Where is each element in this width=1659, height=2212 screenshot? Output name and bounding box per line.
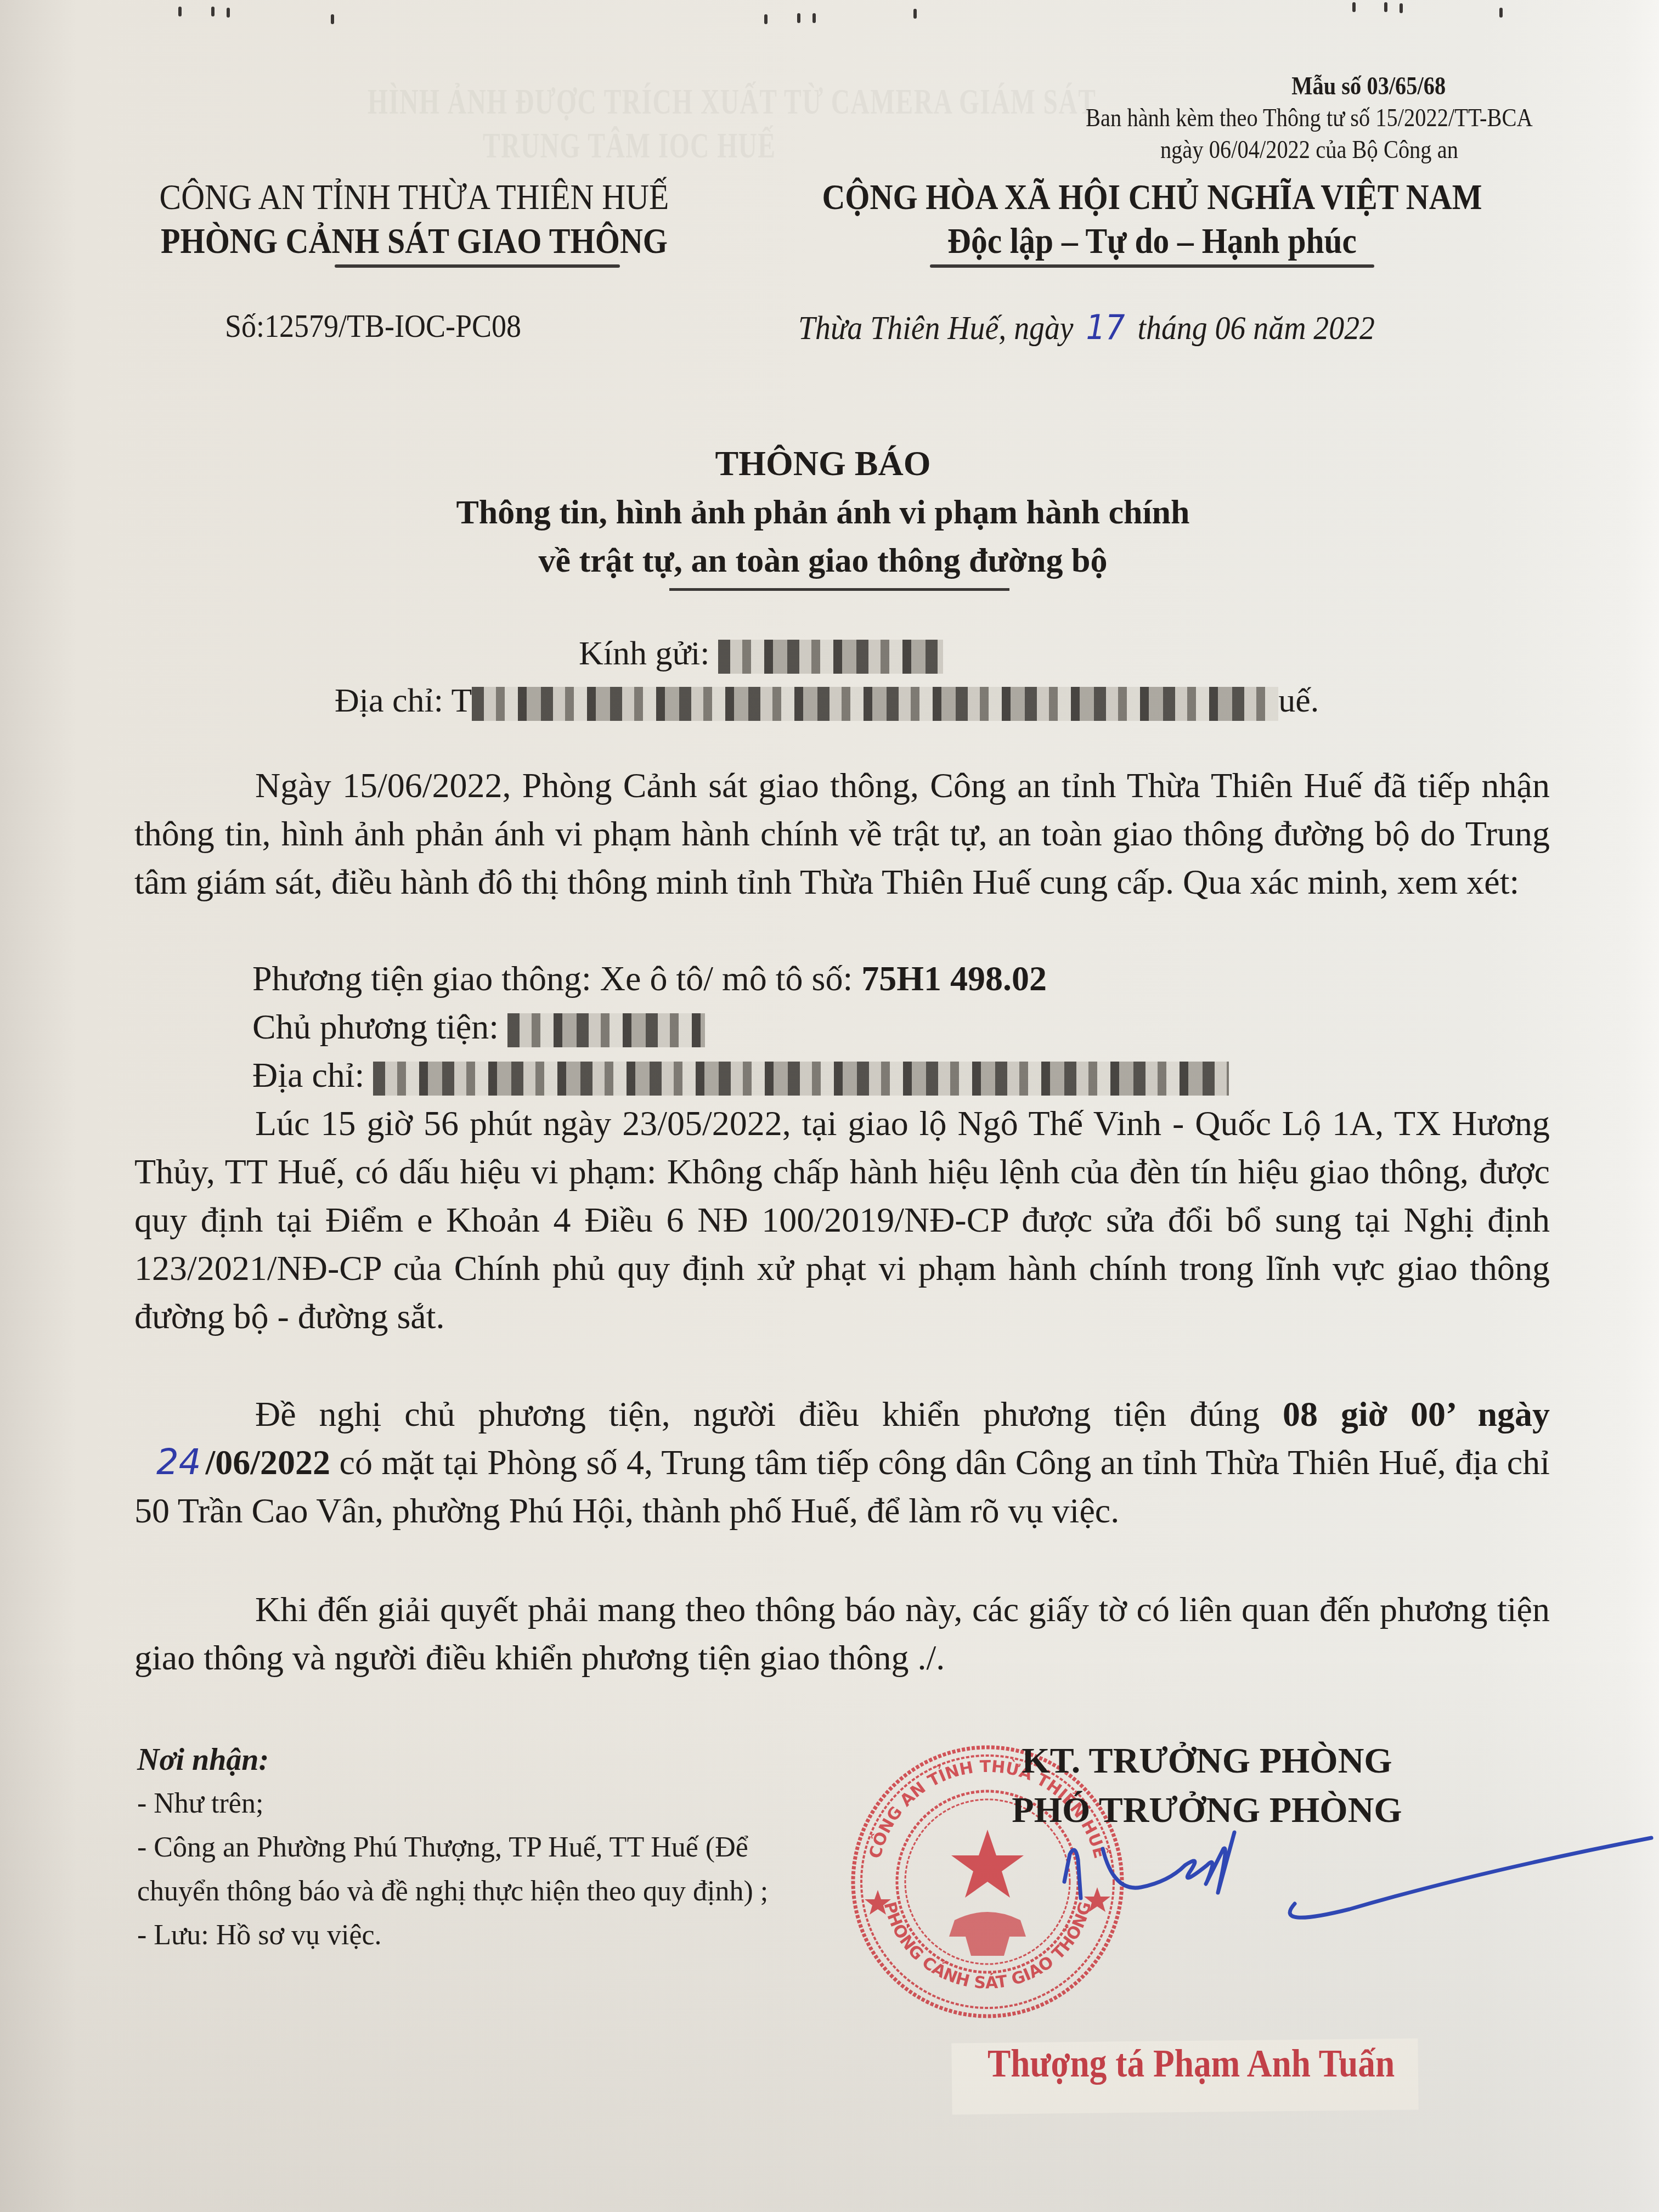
form-issued-date: ngày 06/04/2022 của Bộ Công an xyxy=(1086,134,1533,166)
print-mark xyxy=(331,14,334,24)
address-prefix: T xyxy=(451,682,472,719)
notice-title: THÔNG BÁO Thông tin, hình ảnh phản ánh v… xyxy=(219,439,1426,591)
summons-location: có mặt tại Phòng số 4, Trung tâm tiếp cô… xyxy=(134,1443,1550,1530)
title-underline xyxy=(669,588,1009,591)
to-label: Kính gửi: xyxy=(579,635,710,672)
print-mark xyxy=(227,8,230,18)
issuing-agency: CÔNG AN TỈNH THỪA THIÊN HUẾ PHÒNG CẢNH S… xyxy=(110,176,719,268)
handwritten-signature-icon xyxy=(1042,1810,1657,1975)
print-mark xyxy=(1352,2,1356,12)
vehicle-plate: 75H1 498.02 xyxy=(861,959,1047,998)
print-mark xyxy=(211,7,215,16)
paragraph-violation: Lúc 15 giờ 56 phút ngày 23/05/2022, tại … xyxy=(134,1099,1550,1341)
form-issued-line: Ban hành kèm theo Thông tư số 15/2022/TT… xyxy=(1086,102,1533,134)
vehicle-row: Phương tiện giao thông: Xe ô tô/ mô tô s… xyxy=(134,955,1550,1003)
country-name: CỘNG HÒA XÃ HỘI CHỦ NGHĨA VIỆT NAM xyxy=(800,176,1505,219)
document-date: Thừa Thiên Huế, ngày 17 tháng 06 năm 202… xyxy=(798,307,1375,348)
address-suffix: uế. xyxy=(1278,682,1319,719)
address-label: Địa chỉ: xyxy=(335,682,443,719)
print-mark xyxy=(812,13,816,23)
print-mark xyxy=(913,9,917,19)
document-number: Số:12579/TB-IOC-PC08 xyxy=(225,307,521,345)
recipient-line: Kính gửi: xyxy=(335,630,1319,677)
summons-date: /06/2022 xyxy=(205,1443,330,1482)
recipient-address-line: Địa chỉ: Tuế. xyxy=(335,677,1319,724)
date-prefix: Thừa Thiên Huế, ngày xyxy=(798,309,1074,347)
date-day-handwritten: 17 xyxy=(1086,307,1125,347)
national-header: CỘNG HÒA XÃ HỘI CHỦ NGHĨA VIỆT NAM Độc l… xyxy=(752,176,1553,268)
redacted-owner-name xyxy=(507,1013,705,1047)
title-sub-2: về trật tự, an toàn giao thông đường bộ xyxy=(219,537,1426,585)
paragraph-instructions: Khi đến giải quyết phải mang theo thông … xyxy=(134,1585,1550,1682)
owner-address-label: Địa chỉ: xyxy=(252,1056,364,1094)
motto-underline xyxy=(930,264,1374,268)
print-mark xyxy=(797,13,800,23)
owner-address-row: Địa chỉ: xyxy=(134,1051,1550,1099)
date-suffix: tháng 06 năm 2022 xyxy=(1138,309,1375,347)
print-mark xyxy=(1400,3,1403,13)
paragraph-received: Ngày 15/06/2022, Phòng Cảnh sát giao thô… xyxy=(134,761,1550,906)
title-sub-1: Thông tin, hình ảnh phản ánh vi phạm hàn… xyxy=(219,488,1426,537)
form-reference: Mẫu số 03/65/68 Ban hành kèm theo Thông … xyxy=(1086,70,1533,166)
signer-name: Thượng tá Phạm Anh Tuấn xyxy=(988,2041,1395,2086)
recipients-list: Nơi nhận: - Như trên; - Công an Phường P… xyxy=(137,1738,823,1957)
vehicle-label: Phương tiện giao thông: Xe ô tô/ mô tô s… xyxy=(252,959,853,998)
print-mark xyxy=(1384,2,1387,12)
recipient: Kính gửi: Địa chỉ: Tuế. xyxy=(335,630,1319,724)
summons-prefix: Đề nghị chủ phương tiện, người điều khiể… xyxy=(255,1395,1260,1434)
print-mark xyxy=(1499,8,1503,18)
summons-time: 08 giờ 00’ ngày xyxy=(1283,1395,1550,1434)
print-mark xyxy=(178,7,182,16)
recipients-item: - Như trên; xyxy=(137,1782,823,1826)
recipients-title: Nơi nhận: xyxy=(137,1738,823,1782)
agency-parent: CÔNG AN TỈNH THỪA THIÊN HUẾ xyxy=(140,176,689,219)
watermark-line2: TRUNG TÂM IOC HUẾ xyxy=(483,125,776,167)
agency-name: PHÒNG CẢNH SÁT GIAO THÔNG xyxy=(146,219,682,263)
owner-label: Chủ phương tiện: xyxy=(252,1007,499,1046)
owner-row: Chủ phương tiện: xyxy=(134,1003,1550,1051)
redacted-recipient-address xyxy=(472,687,1278,721)
recipients-item: - Lưu: Hồ sơ vụ việc. xyxy=(137,1914,823,1957)
redacted-owner-address xyxy=(373,1062,1229,1096)
watermark-line1: HÌNH ẢNH ĐƯỢC TRÍCH XUẤT TỪ CAMERA GIÁM … xyxy=(368,81,1096,123)
signer-authority: KT. TRƯỞNG PHÒNG xyxy=(933,1736,1481,1786)
vehicle-info: Phương tiện giao thông: Xe ô tô/ mô tô s… xyxy=(134,955,1550,1099)
redacted-recipient-name xyxy=(718,640,943,674)
paragraph-summons: Đề nghị chủ phương tiện, người điều khiể… xyxy=(134,1390,1550,1535)
summons-day-handwritten: 24 xyxy=(156,1442,201,1483)
national-motto: Độc lập – Tự do – Hạnh phúc xyxy=(792,219,1513,263)
recipients-item: - Công an Phường Phú Thượng, TP Huế, TT … xyxy=(137,1826,823,1914)
title-main: THÔNG BÁO xyxy=(219,439,1426,488)
form-code: Mẫu số 03/65/68 xyxy=(1086,70,1533,102)
agency-underline xyxy=(335,264,620,268)
print-mark xyxy=(764,14,768,24)
